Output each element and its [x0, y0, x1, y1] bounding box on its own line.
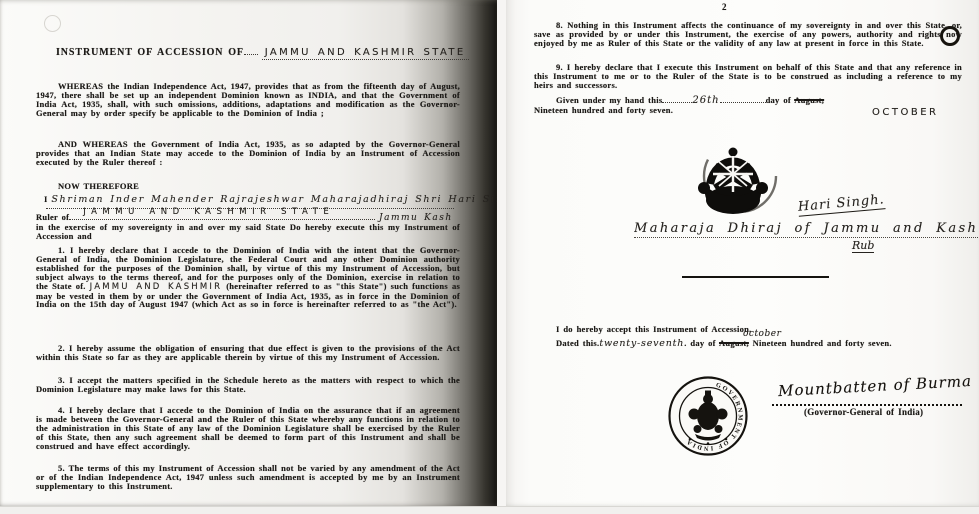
paragraph-1: 1. I hereby declare that I accede to the…	[36, 246, 460, 309]
corrected-month-handwritten: october	[721, 330, 781, 339]
dotted-leader	[662, 95, 692, 103]
ruler-of-state-handwritten: JAMMU AND KASHMIR STATE	[83, 208, 334, 217]
document-page-2: 2 8. Nothing in this Instrument affects …	[506, 0, 979, 507]
exercise-of-sovereignty-text: in the exercise of my sovereignty in and…	[36, 223, 460, 241]
paragraph-9: 9. I hereby declare that I execute this …	[534, 63, 962, 90]
scan-bed-strip	[0, 506, 979, 514]
document-page-1: INSTRUMENT OF ACCESSION OF JAMMU AND KAS…	[0, 0, 497, 507]
given-day-handwritten: 26th	[692, 95, 719, 106]
dotted-leader	[720, 95, 766, 103]
government-of-india-seal-icon: GOVERNMENT OF INDIA	[666, 374, 750, 458]
maharaja-rub-note: Rub	[852, 239, 874, 253]
declarant-i-label: I	[44, 194, 48, 204]
document-title: INSTRUMENT OF ACCESSION OF	[56, 47, 244, 58]
corrected-month-handwritten: OCTOBER	[872, 107, 938, 118]
dated-day-of-text: . day of	[684, 338, 715, 348]
paragraph-whereas: WHEREAS the Indian Independence Act, 194…	[36, 82, 460, 118]
document-title-row: INSTRUMENT OF ACCESSION OF JAMMU AND KAS…	[56, 47, 492, 58]
maharaja-signature-caption: Maharaja Dhiraj of Jammu and Kashmir Sta…	[634, 221, 979, 238]
paragraph-8: 8. Nothing in this Instrument affects th…	[534, 21, 962, 48]
dated-row: Dated this.twenty-seventh. day of August…	[534, 339, 962, 349]
now-therefore-heading: NOW THEREFORE	[36, 182, 460, 191]
given-text: Given under my hand this	[556, 95, 662, 105]
paragraph-5: 5. The terms of this my Instrument of Ac…	[36, 464, 460, 491]
dated-year-text: Nineteen hundred and forty seven.	[753, 338, 892, 348]
scanned-document: INSTRUMENT OF ACCESSION OF JAMMU AND KAS…	[0, 0, 979, 514]
struck-month: August,	[794, 95, 824, 105]
dotted-leader: JAMMU AND KASHMIR STATE	[69, 211, 375, 220]
section-divider-line	[682, 276, 829, 278]
punch-hole-mark	[44, 15, 61, 32]
dated-month-wrap: August,october	[719, 338, 749, 348]
paragraph-2: 2. I hereby assume the obligation of ens…	[36, 344, 460, 362]
maharaja-signature: Hari Singh.	[797, 192, 885, 217]
dated-text: Dated this.	[556, 338, 599, 348]
declarant-name-row: I Shriman Inder Mahender Rajrajeshwar Ma…	[44, 195, 494, 205]
paragraph-and-whereas: AND WHEREAS the Government of India Act,…	[36, 140, 460, 167]
paragraph-4: 4. I hereby declare that I accede to the…	[36, 406, 460, 451]
ruler-name-handwritten: Shriman Inder Mahender Rajrajeshwar Maha…	[51, 194, 497, 205]
dotted-leader	[244, 47, 258, 55]
title-state-name-handwritten: JAMMU AND KASHMIR STATE	[262, 47, 469, 60]
given-day-of-text: day of	[766, 95, 791, 105]
struck-month: August,	[719, 338, 749, 348]
paragraph-3: 3. I accept the matters specified in the…	[36, 376, 460, 394]
page-number: 2	[722, 3, 727, 12]
dated-day-handwritten: twenty-seventh	[599, 338, 684, 349]
governor-general-caption: (Governor-General of India)	[804, 408, 923, 417]
governor-general-signature: Mountbatten of Burma	[778, 372, 973, 400]
ruler-of-label: Ruler of	[36, 212, 69, 222]
maharaja-crown-seal-icon	[688, 134, 782, 230]
signature-dotted-line	[772, 404, 962, 406]
given-year-text: Nineteen hundred and forty seven.	[534, 105, 673, 115]
